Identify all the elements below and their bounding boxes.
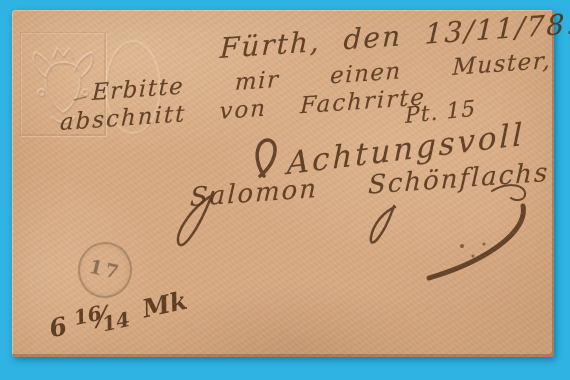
postmark-number: 17 bbox=[87, 256, 124, 285]
fraction-numerator: 16 bbox=[72, 301, 104, 330]
postcard: Fürth, den 13/11/78. Erbitte mir einen M… bbox=[12, 10, 554, 357]
fraction-denominator: 14 bbox=[100, 307, 132, 336]
ink-spatter-dots bbox=[460, 243, 486, 258]
pencil-prefix: 6 bbox=[47, 311, 70, 343]
closing-initial-swash bbox=[257, 140, 275, 176]
pencil-suffix: Mk bbox=[140, 286, 190, 324]
pencil-fraction: 16⁄14 bbox=[72, 298, 131, 338]
signature-mid-descender bbox=[371, 206, 395, 242]
scan-background: Fürth, den 13/11/78. Erbitte mir einen M… bbox=[0, 0, 570, 380]
signature-tail-flourish bbox=[429, 206, 523, 278]
postmark-circle: 17 bbox=[74, 239, 135, 302]
